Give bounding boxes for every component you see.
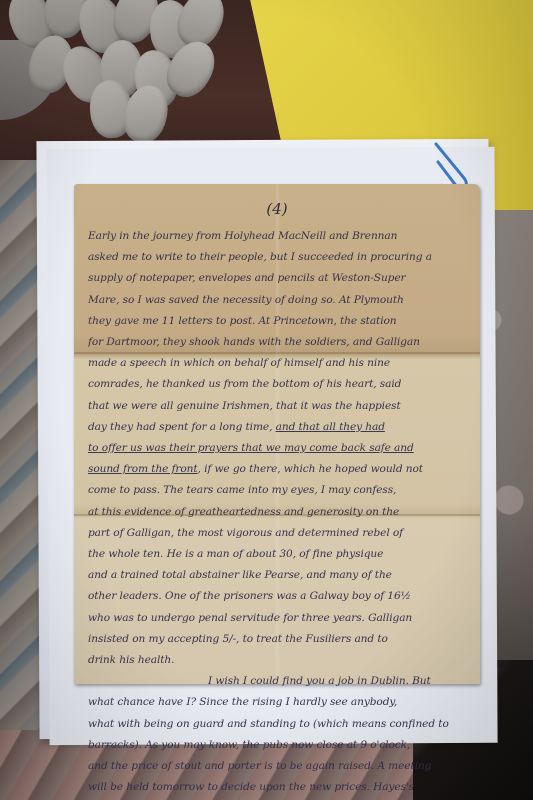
letter-line: to offer us was their prayers that we ma… xyxy=(88,438,472,459)
letter-line: barracks). As you may know, the pubs now… xyxy=(88,735,472,756)
letter-line: come to pass. The tears came into my eye… xyxy=(88,480,472,501)
fabric-flower-decoration xyxy=(0,0,250,140)
letter-line: for Dartmoor, they shook hands with the … xyxy=(88,332,472,353)
letter-line: asked me to write to their people, but I… xyxy=(88,247,472,268)
letter-line: Mare, so I was saved the necessity of do… xyxy=(88,290,472,311)
letter-line: I wish I could find you a job in Dublin.… xyxy=(88,671,472,692)
photo-scene: (4) Early in the journey from Holyhead M… xyxy=(0,0,533,800)
letter-line: part of Galligan, the most vigorous and … xyxy=(88,523,472,544)
letter-line: made a speech in which on behalf of hims… xyxy=(88,353,472,374)
letter-line: day they had spent for a long time, and … xyxy=(88,417,472,438)
letter-line: and a trained total abstainer like Pears… xyxy=(88,565,472,586)
page-number: (4) xyxy=(74,200,480,218)
letter-line: the whole ten. He is a man of about 30, … xyxy=(88,544,472,565)
letter-line: what with being on guard and standing to… xyxy=(88,714,472,735)
letter-line: what chance have I? Since the rising I h… xyxy=(88,692,472,713)
letter-line: other leaders. One of the prisoners was … xyxy=(88,586,472,607)
letter-line: Early in the journey from Holyhead MacNe… xyxy=(88,226,472,247)
letter-line: who was to undergo penal servitude for t… xyxy=(88,608,472,629)
handwritten-letter: (4) Early in the journey from Holyhead M… xyxy=(74,184,480,684)
letter-line: drink his health. xyxy=(88,650,472,671)
letter-line: insisted on my accepting 5/-, to treat t… xyxy=(88,629,472,650)
letter-line: at this evidence of greatheartedness and… xyxy=(88,502,472,523)
letter-line: supply of notepaper, envelopes and penci… xyxy=(88,268,472,289)
letter-line: comrades, he thanked us from the bottom … xyxy=(88,374,472,395)
letter-line: will be held tomorrow to decide upon the… xyxy=(88,777,472,798)
letter-line: and the price of stout and porter is to … xyxy=(88,756,472,777)
letter-line: sound from the front, if we go there, wh… xyxy=(88,459,472,480)
letter-body: Early in the journey from Holyhead MacNe… xyxy=(88,226,472,798)
letter-line: that we were all genuine Irishmen, that … xyxy=(88,396,472,417)
paper-clip-icon xyxy=(430,140,474,190)
letter-line: they gave me 11 letters to post. At Prin… xyxy=(88,311,472,332)
